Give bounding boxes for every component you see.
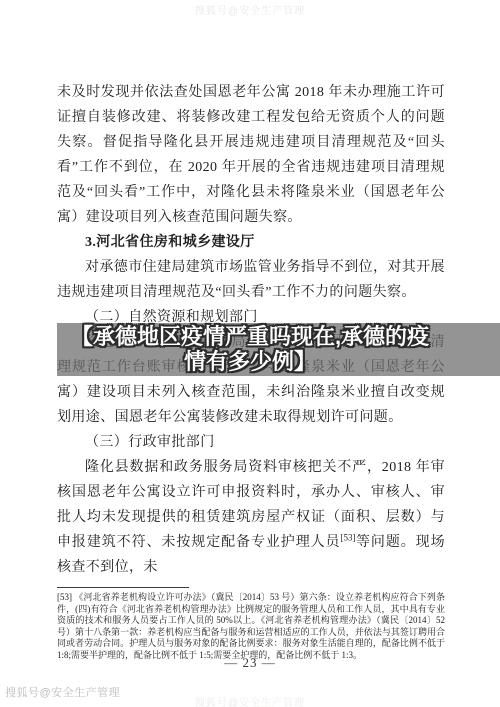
footnote-reference: [53] bbox=[340, 532, 355, 542]
subsection-heading: （三）行政审批部门 bbox=[57, 430, 445, 455]
footnote-marker: [53] bbox=[57, 592, 72, 602]
watermark-bottom-center: 搜狐号@安全生产管理 bbox=[0, 694, 500, 707]
paragraph: 未及时发现并依法查处国恩老年公寓 2018 年未办理施工许可证擅自装修改建、将装… bbox=[57, 80, 445, 230]
paragraph: 对承德市住建局建筑市场监管业务指导不到位，对其开展违规违建项目清理规范及“回头看… bbox=[57, 255, 445, 305]
footnote-separator bbox=[57, 587, 189, 588]
page-number: — 23 — bbox=[0, 655, 500, 671]
section-heading: 3.河北省住房和城乡建设厅 bbox=[57, 230, 445, 255]
watermark-top: 搜狐号@安全生产管理 bbox=[0, 2, 500, 17]
overlay-title-line2: 情有多少例】 bbox=[0, 349, 500, 374]
footnote: [53] 《河北省养老机构设立许可办法》（冀民〔2014〕53 号）第六条：设立… bbox=[57, 592, 445, 661]
footnote-text: 《河北省养老机构设立许可办法》（冀民〔2014〕53 号）第六条：设立养老机构应… bbox=[57, 592, 445, 660]
paragraph: 隆化县数据和政务服务局资料审核把关不严，2018 年审核国恩老年公寓设立许可申报… bbox=[57, 455, 445, 580]
overlay-title-line1: 【承德地区疫情严重吗现在,承德的疫 bbox=[0, 324, 500, 349]
document-page: 搜狐号@安全生产管理 未及时发现并依法查处国恩老年公寓 2018 年未办理施工许… bbox=[0, 0, 500, 707]
overlay-title: 【承德地区疫情严重吗现在,承德的疫 情有多少例】 bbox=[0, 324, 500, 374]
